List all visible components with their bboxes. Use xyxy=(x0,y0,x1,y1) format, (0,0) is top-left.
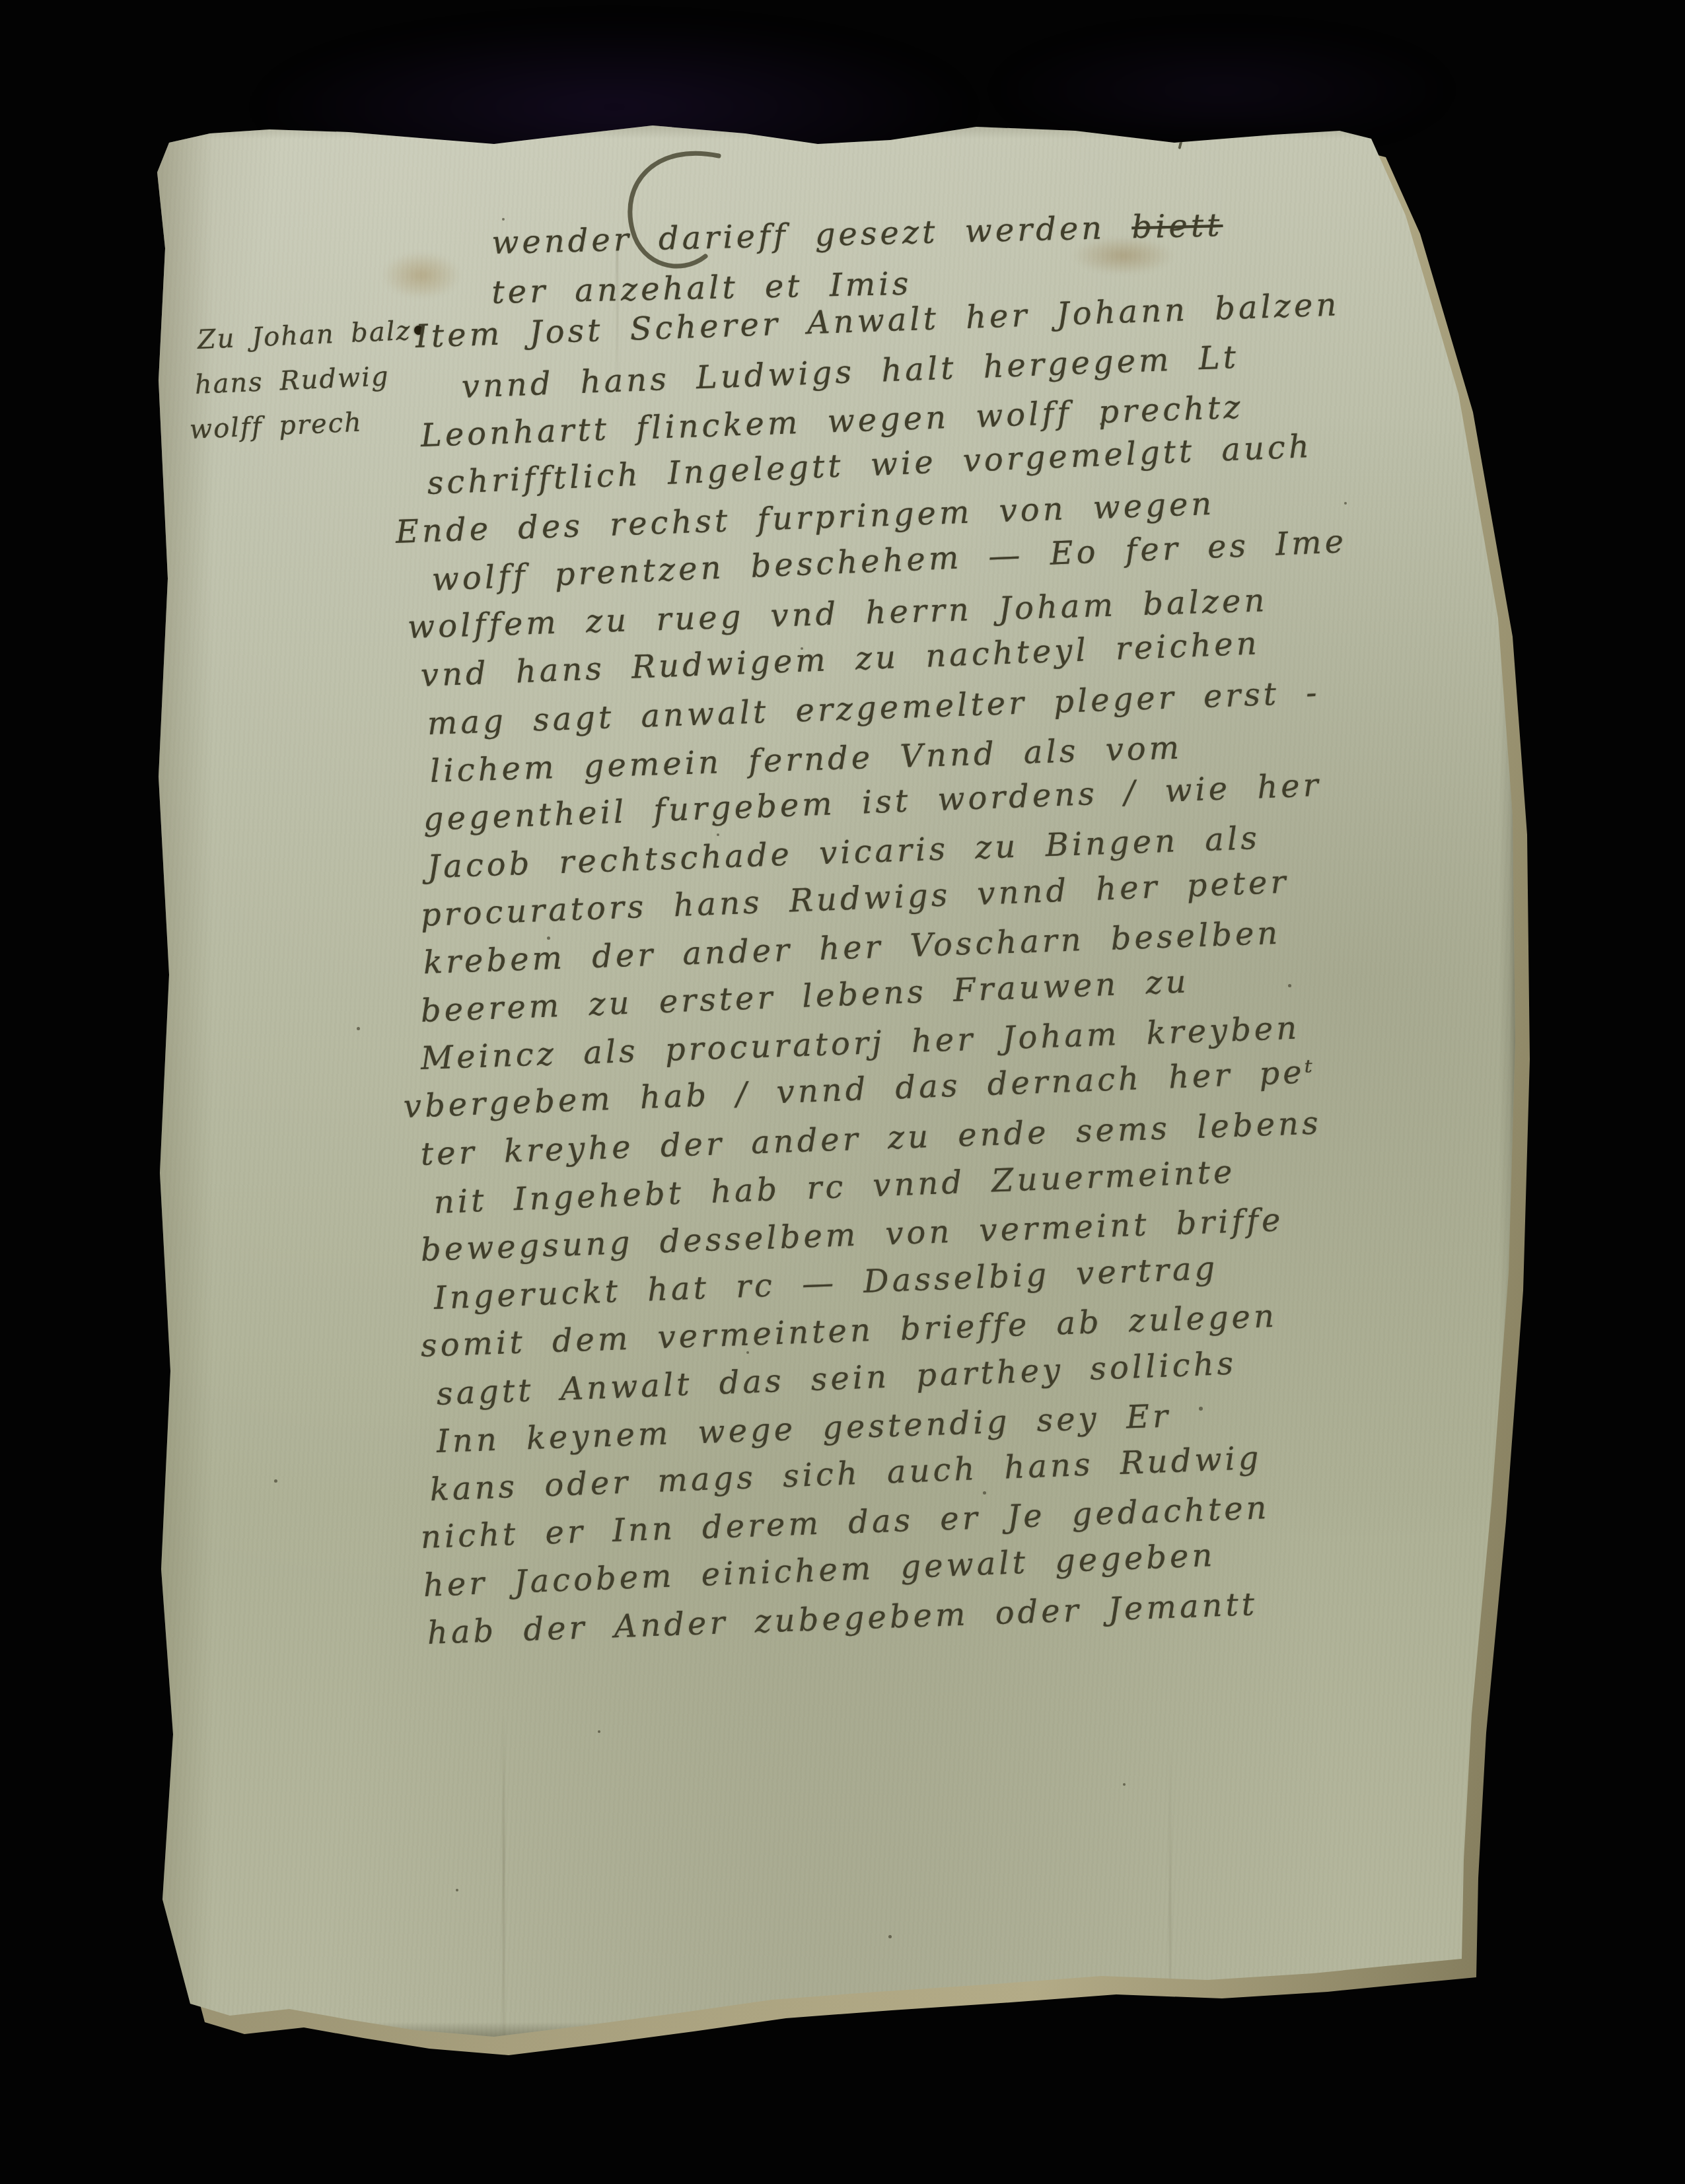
photo-backdrop: wender darieff gesezt werden biettter an… xyxy=(0,0,1685,2184)
manuscript-text-block: wender darieff gesezt werden biettter an… xyxy=(151,116,1518,2039)
struck-word: biett xyxy=(1131,207,1223,246)
text-line: wender darieff gesezt werden biett xyxy=(491,207,1223,262)
manuscript-page: wender darieff gesezt werden biettter an… xyxy=(151,116,1518,2039)
backdrop-tint xyxy=(991,26,1453,132)
text-line-content: wender darieff gesezt werden xyxy=(491,209,1132,262)
